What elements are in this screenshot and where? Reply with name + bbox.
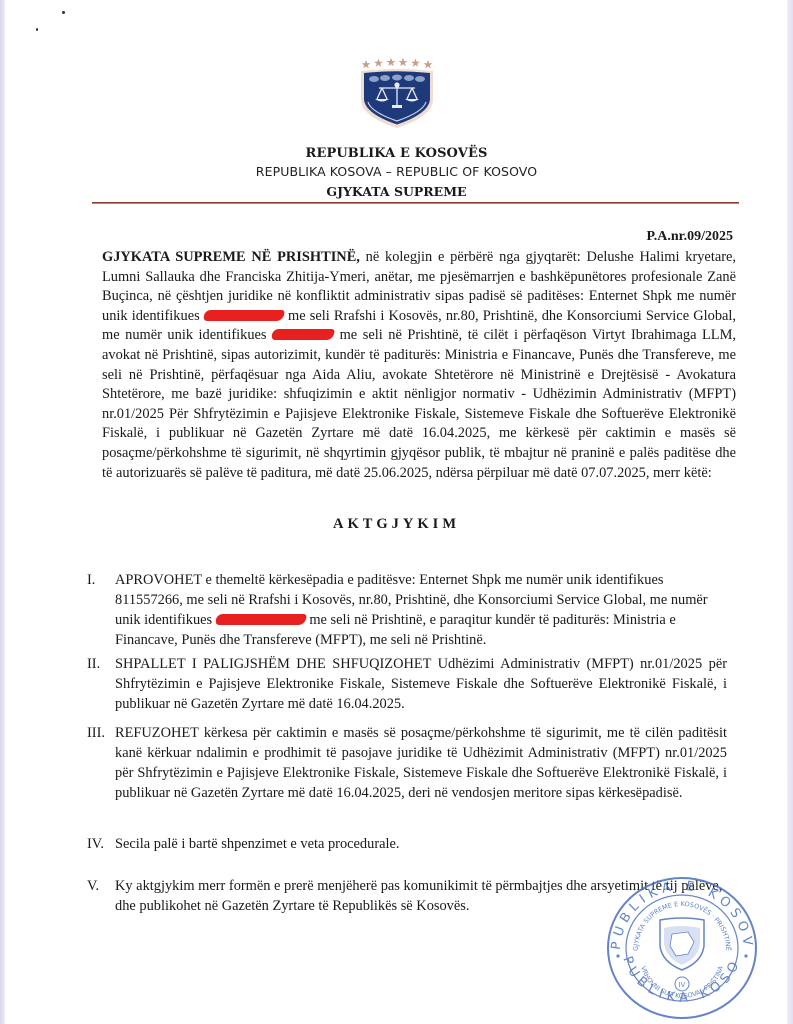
redaction-mark — [271, 329, 335, 340]
ruling-text: REFUZOHET kërkesa për caktimin e masës s… — [115, 723, 727, 803]
intro-court-name: GJYKATA SUPREME NË PRISHTINË, — [102, 249, 360, 265]
court-emblem-icon — [355, 57, 439, 129]
scan-speck — [36, 28, 38, 31]
ruling-item: I. APROVOHET e themeltë kërkesëpadia e p… — [87, 570, 727, 650]
ruling-numeral: V. — [87, 876, 117, 896]
ruling-numeral: IV. — [87, 834, 117, 854]
ruling-numeral: I. — [87, 570, 117, 590]
verdict-title: AKTGJYKIM — [0, 516, 793, 533]
ruling-text: Secila palë i bartë shpenzimet e veta pr… — [115, 834, 727, 854]
intro-paragraph: GJYKATA SUPREME NË PRISHTINË, në kolegji… — [102, 248, 736, 483]
case-number: P.A.nr.09/2025 — [647, 229, 733, 245]
header-country-serbian-english: REPUBLIKA KOSOVA – REPUBLIC OF KOSOVO — [0, 164, 793, 179]
intro-text-part3: me seli në Prishtinë, të cilët i përfaqë… — [102, 327, 736, 480]
header-country-albanian: REPUBLIKA E KOSOVËS — [0, 146, 793, 161]
ruling-text: APROVOHET e themeltë kërkesëpadia e padi… — [115, 570, 727, 650]
scan-speck — [62, 11, 65, 14]
ruling-item: III. REFUZOHET kërkesa për caktimin e ma… — [87, 723, 727, 803]
court-stamp-icon: REPUBLIKA E KOSOVËS REPUBLIKA KOSOVO GJY… — [602, 872, 762, 1020]
ruling-numeral: III. — [87, 723, 117, 743]
header-court-name: GJYKATA SUPREME — [0, 184, 793, 199]
ruling-item: II. SHPALLET I PALIGJSHËM DHE SHFUQIZOHE… — [87, 654, 727, 714]
ruling-numeral: II. — [87, 654, 117, 674]
ruling-text: SHPALLET I PALIGJSHËM DHE SHFUQIZOHET Ud… — [115, 654, 727, 714]
header-separator — [92, 202, 739, 204]
ruling-item: IV. Secila palë i bartë shpenzimet e vet… — [87, 834, 727, 854]
redaction-mark — [203, 310, 285, 321]
redaction-mark — [215, 614, 307, 625]
svg-text:IV: IV — [679, 981, 686, 989]
